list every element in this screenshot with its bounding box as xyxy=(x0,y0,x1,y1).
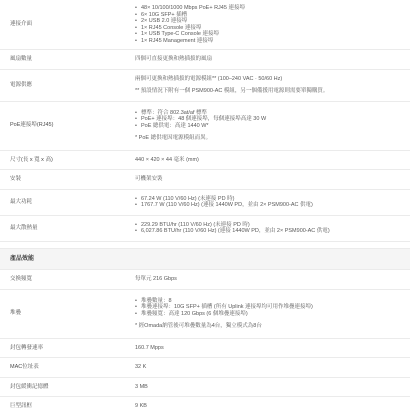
spec-table: 連接介面 48× 10/100/1000 Mbps PoE+ RJ45 連接埠 … xyxy=(0,0,410,410)
spec-value: 48× 10/100/1000 Mbps PoE+ RJ45 連接埠 6× 10… xyxy=(135,5,410,44)
spec-value: 四個可直接更換和熱插拔的風扇 xyxy=(135,56,410,63)
spec-footnote: ** 預設情況下附有一個 PSM900-AC 模組，另一個備援用電源則需要單獨購… xyxy=(135,88,400,95)
spec-row-jumbo-frame: 巨型訊框 9 KB xyxy=(0,397,410,410)
spec-row-packet-buffer: 封包緩衝記憶體 3 MB xyxy=(0,378,410,398)
spec-text: 兩個可更換和熱插拔的電源模組** (100–240 VAC · 50/60 Hz… xyxy=(135,76,400,83)
spec-value: 67.24 W (110 V/60 Hz) (未連接 PD 時) 1767.7 … xyxy=(135,196,410,209)
spec-value: 可機架安裝 xyxy=(135,176,410,183)
spec-label: 風扇數量 xyxy=(0,56,135,63)
spec-value: 兩個可更換和熱插拔的電源模組** (100–240 VAC · 50/60 Hz… xyxy=(135,76,410,95)
spec-row-dimensions: 尺寸(長 x 寬 x 高) 440 × 420 × 44 毫米 (mm) xyxy=(0,151,410,171)
spec-row-switching-bandwidth: 交換頻寬 每單元 216 Gbps xyxy=(0,270,410,290)
spec-row-poe-ports: PoE連接埠(RJ45) 標準：符合 802.3at/af 標準 PoE+ 連接… xyxy=(0,102,410,151)
spec-row-interfaces: 連接介面 48× 10/100/1000 Mbps PoE+ RJ45 連接埠 … xyxy=(0,0,410,50)
bullet-item: PoE 總供電：高達 1440 W* xyxy=(135,123,400,130)
spec-row-packet-forwarding-rate: 封包轉發速率 160.7 Mpps xyxy=(0,339,410,359)
spec-value: 堆疊數量：8 堆疊連接埠：10G SFP+ 插槽 (所有 Uplink 連接埠均… xyxy=(135,298,410,330)
spec-label: 封包緩衝記憶體 xyxy=(0,384,135,391)
spec-row-max-heat-dissipation: 最大散熱量 229.29 BTU/hr (110 V/60 Hz) (未連接 P… xyxy=(0,216,410,242)
spec-row-power-supply: 電源供應 兩個可更換和熱插拔的電源模組** (100–240 VAC · 50/… xyxy=(0,70,410,102)
bullet-item: 1767.7 W (110 V/60 Hz) (連接 1440W PD，並由 2… xyxy=(135,202,400,209)
spec-label: 堆疊 xyxy=(0,310,135,317)
spec-label: 連接介面 xyxy=(0,21,135,28)
bullet-item: 1× RJ45 Management 連接埠 xyxy=(135,38,400,45)
spec-label: 尺寸(長 x 寬 x 高) xyxy=(0,157,135,164)
bullet-list: 標準：符合 802.3at/af 標準 PoE+ 連接埠：48 個連接埠，每個連… xyxy=(135,110,400,130)
spec-footnote: * 經Omada納管後可堆疊數量為4台，獨立模式為8台 xyxy=(135,323,400,330)
spec-value: 3 MB xyxy=(135,384,410,391)
spec-row-mounting: 安裝 可機架安裝 xyxy=(0,170,410,190)
spec-label: 最大散熱量 xyxy=(0,225,135,232)
spec-row-max-power-consumption: 最大功耗 67.24 W (110 V/60 Hz) (未連接 PD 時) 17… xyxy=(0,190,410,216)
spec-row-mac-address-table: MAC位址表 32 K xyxy=(0,358,410,378)
spec-row-stacking: 堆疊 堆疊數量：8 堆疊連接埠：10G SFP+ 插槽 (所有 Uplink 連… xyxy=(0,290,410,339)
spec-row-fans: 風扇數量 四個可直接更換和熱插拔的風扇 xyxy=(0,50,410,70)
bullet-item: 6,027.86 BTU/hr (110 V/60 Hz) (連接 1440W … xyxy=(135,228,400,235)
spec-label: PoE連接埠(RJ45) xyxy=(0,122,135,129)
bullet-list: 48× 10/100/1000 Mbps PoE+ RJ45 連接埠 6× 10… xyxy=(135,5,400,44)
spec-label: 安裝 xyxy=(0,176,135,183)
spec-value: 每單元 216 Gbps xyxy=(135,276,410,283)
spec-label: 最大功耗 xyxy=(0,199,135,206)
spec-label: 封包轉發速率 xyxy=(0,345,135,352)
spec-value: 440 × 420 × 44 毫米 (mm) xyxy=(135,157,410,164)
bullet-list: 堆疊數量：8 堆疊連接埠：10G SFP+ 插槽 (所有 Uplink 連接埠均… xyxy=(135,298,400,318)
spec-value: 9 KB xyxy=(135,403,410,410)
spec-label: 交換頻寬 xyxy=(0,276,135,283)
spec-value: 標準：符合 802.3at/af 標準 PoE+ 連接埠：48 個連接埠，每個連… xyxy=(135,110,410,142)
section-header-performance: 產品效能 xyxy=(0,248,410,271)
spec-value: 160.7 Mpps xyxy=(135,345,410,352)
spec-label: MAC位址表 xyxy=(0,364,135,371)
spec-value: 32 K xyxy=(135,364,410,371)
spec-label: 巨型訊框 xyxy=(0,403,135,410)
bullet-list: 67.24 W (110 V/60 Hz) (未連接 PD 時) 1767.7 … xyxy=(135,196,400,209)
bullet-list: 229.29 BTU/hr (110 V/60 Hz) (未連接 PD 時) 6… xyxy=(135,222,400,235)
bullet-item: 堆疊頻寬：高達 120 Gbps (6 個堆疊連接埠) xyxy=(135,311,400,318)
spec-value: 229.29 BTU/hr (110 V/60 Hz) (未連接 PD 時) 6… xyxy=(135,222,410,235)
spec-footnote: * PoE 總供電因電源模組而異。 xyxy=(135,135,400,142)
spec-label: 電源供應 xyxy=(0,82,135,89)
